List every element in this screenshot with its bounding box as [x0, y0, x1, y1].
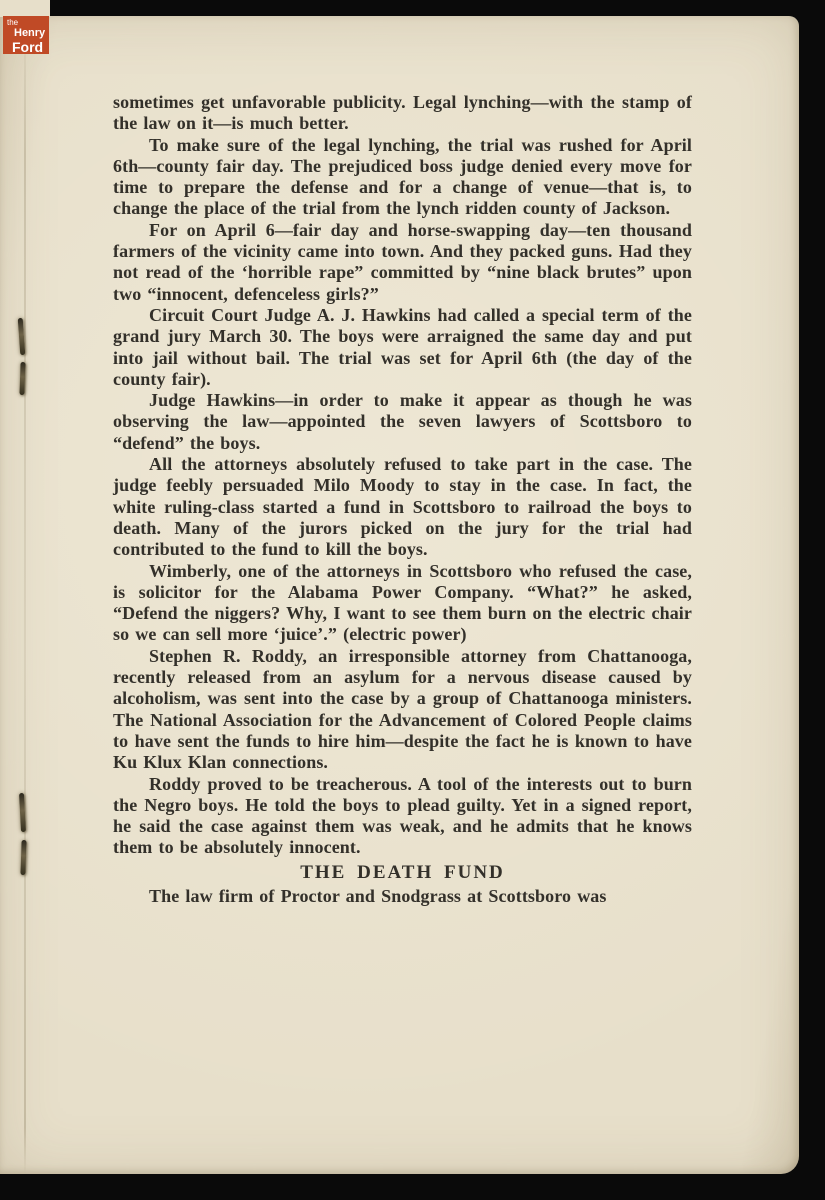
henry-ford-logo: the Henry Ford [3, 16, 49, 54]
scan-backdrop: the Henry Ford sometimes get unfavorable… [0, 0, 825, 1200]
paragraph: To make sure of the legal lynching, the … [113, 135, 692, 220]
logo-word-the: the [7, 19, 49, 27]
document-text: sometimes get unfavorable publicity. Leg… [113, 92, 692, 907]
binding-crease [24, 16, 26, 1174]
section-heading: THE DEATH FUND [113, 862, 692, 884]
logo-word-ford: Ford [12, 40, 49, 54]
paragraph: Roddy proved to be treacherous. A tool o… [113, 774, 692, 859]
paragraph: sometimes get unfavorable publicity. Leg… [113, 92, 692, 135]
page-corner [0, 0, 50, 17]
paragraph: All the attorneys absolutely refused to … [113, 454, 692, 560]
paragraph: The law firm of Proctor and Snodgrass at… [113, 886, 692, 907]
paragraph: For on April 6—fair day and horse-swappi… [113, 220, 692, 305]
logo-word-henry: Henry [14, 28, 49, 39]
paragraph: Circuit Court Judge A. J. Hawkins had ca… [113, 305, 692, 390]
paragraph: Stephen R. Roddy, an irresponsible attor… [113, 646, 692, 774]
paragraph: Judge Hawkins—in order to make it appear… [113, 390, 692, 454]
paragraph: Wimberly, one of the attorneys in Scotts… [113, 561, 692, 646]
